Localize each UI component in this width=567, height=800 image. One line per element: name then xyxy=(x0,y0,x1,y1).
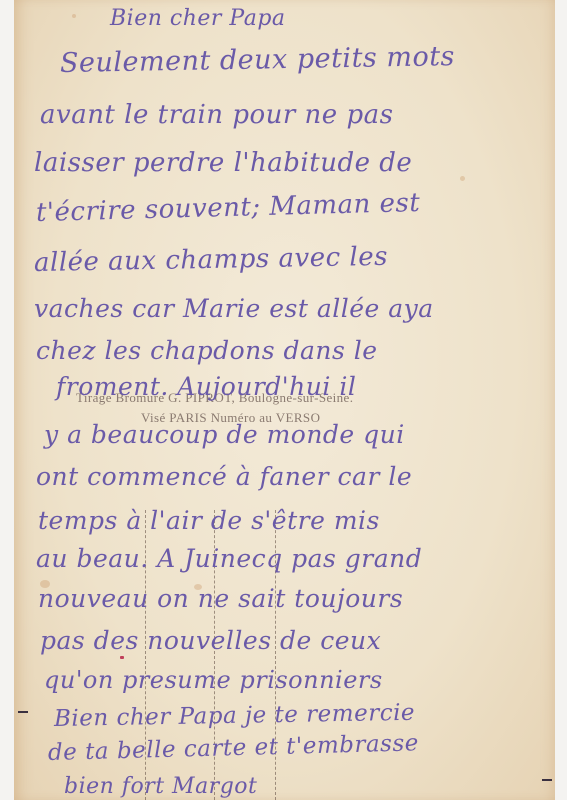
handwritten-signature: bien fort Margot xyxy=(64,774,257,799)
margin-tick xyxy=(542,779,552,781)
handwritten-line: au beau. A Juinecq pas grand xyxy=(36,544,422,573)
red-ink-mark xyxy=(120,656,124,659)
handwritten-salutation: Bien cher Papa xyxy=(110,6,286,31)
paper-stain xyxy=(460,176,465,181)
handwritten-line: Seulement deux petits mots xyxy=(60,41,455,79)
handwritten-line: allée aux champs avec les xyxy=(34,242,388,278)
handwritten-closing-line: de ta belle carte et t'embrasse xyxy=(48,730,419,766)
handwritten-line: chez les chapdons dans le xyxy=(36,336,378,365)
handwritten-line: froment. Aujourd'hui il xyxy=(56,372,356,401)
handwritten-closing-line: Bien cher Papa je te remercie xyxy=(54,700,416,732)
postcard-verso: Tirage Bromure G. PIPROT, Boulogne-sur-S… xyxy=(14,0,555,800)
handwritten-line: ont commencé à faner car le xyxy=(36,462,412,491)
handwritten-line: temps à l'air de s'être mis xyxy=(38,506,380,535)
handwritten-line: nouveau on ne sait toujours xyxy=(38,584,403,613)
handwritten-line: avant le train pour ne pas xyxy=(40,100,393,130)
handwritten-line: vaches car Marie est allée aya xyxy=(34,294,434,323)
handwritten-line: t'écrire souvent; Maman est xyxy=(36,188,421,228)
handwritten-line: qu'on presume prisonniers xyxy=(44,666,383,694)
handwritten-line: pas des nouvelles de ceux xyxy=(40,626,381,655)
handwritten-line: laisser perdre l'habitude de xyxy=(34,148,412,178)
paper-stain xyxy=(72,14,76,18)
handwritten-line: y a beaucoup de monde qui xyxy=(44,420,405,449)
margin-tick xyxy=(18,711,28,713)
